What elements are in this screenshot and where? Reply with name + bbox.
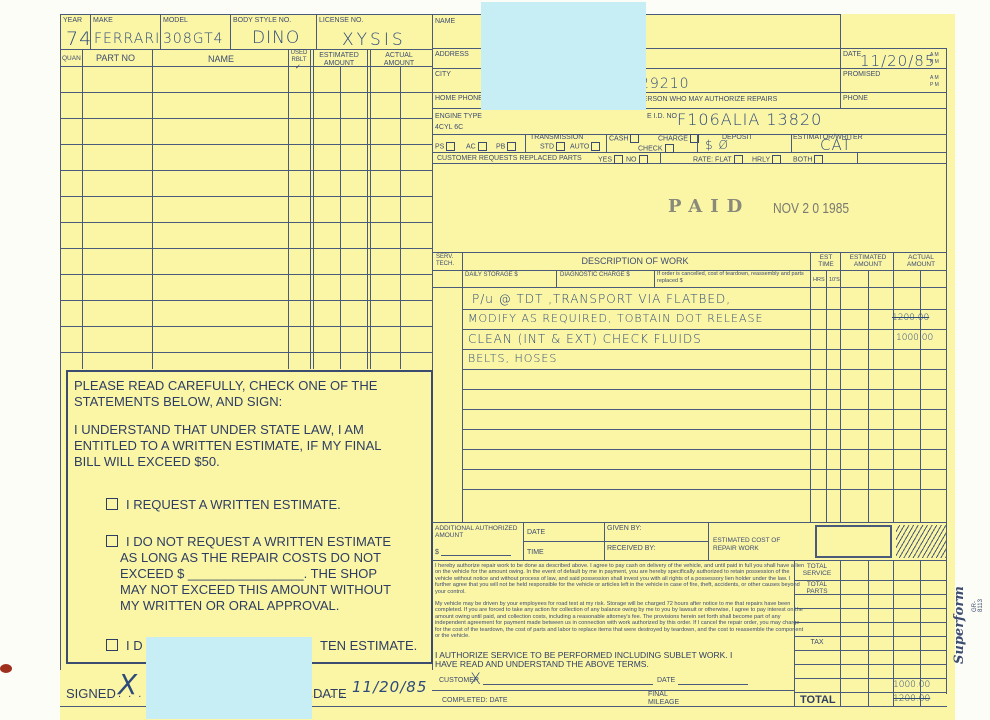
checkbox-replaced-no[interactable] — [639, 155, 648, 164]
rule — [794, 560, 795, 706]
rule — [462, 252, 463, 522]
repair-order-form: YEAR 74 MAKE FERRARI MODEL 308GT4 BODY S… — [60, 14, 955, 720]
date-value: 11/20/85 — [860, 52, 935, 70]
rule — [946, 48, 947, 694]
authorize-line-2: HAVE READ AND UNDERSTAND THE ABOVE TERMS… — [435, 660, 649, 669]
rule — [288, 49, 289, 369]
rate-hrly[interactable]: HRLY — [752, 155, 783, 164]
work-row-rule — [462, 469, 947, 470]
customer-sign-mark[interactable]: X — [470, 669, 482, 688]
additional-date-label: DATE — [527, 529, 545, 537]
grand-total-label: TOTAL — [800, 694, 836, 706]
transmission-label: TRANSMISSION — [530, 134, 583, 142]
city-label: CITY — [435, 71, 451, 79]
notice-law-2: ENTITLED TO A WRITTEN ESTIMATE, IF MY FI… — [74, 438, 381, 454]
signed-label: SIGNED — [66, 686, 116, 701]
rule — [400, 66, 401, 369]
option-no-estimate[interactable]: I DO NOT REQUEST A WRITTEN ESTIMATE — [106, 534, 391, 550]
city-zip-value: 29210 — [640, 76, 690, 92]
license-label: LICENSE NO. — [319, 17, 363, 25]
address-label: ADDRESS — [435, 51, 469, 59]
work-amount-struck: 1200.00 — [892, 313, 929, 323]
est-time-label: EST TIME — [812, 254, 840, 268]
totals-rule — [794, 650, 947, 651]
model-value: 308GT4 — [163, 31, 224, 47]
final-mileage-label: FINAL MILEAGE — [648, 691, 688, 707]
serv-tech-label: SERV. TECH. — [436, 254, 460, 268]
rule — [826, 270, 827, 522]
rule — [791, 134, 792, 152]
rule — [523, 541, 708, 542]
received-by-label: RECEIVED BY: — [607, 545, 656, 553]
used-checkmark: ✓ — [295, 63, 301, 71]
parts-col-name: NAME — [208, 55, 234, 63]
parts-row-rule — [60, 352, 432, 353]
option-cash[interactable]: CASH — [609, 134, 641, 143]
customer-date-line — [678, 684, 748, 685]
date-pm: P M — [930, 59, 939, 65]
tenths-label: 10's — [829, 276, 840, 284]
rule — [868, 270, 869, 522]
redaction-signature — [146, 637, 312, 719]
option-charge[interactable]: CHARGE — [658, 134, 701, 143]
cylinder-label: 4CYL 6C — [435, 124, 463, 132]
checkbox-rate-flat[interactable] — [734, 155, 743, 164]
rule — [367, 49, 368, 369]
completed-date-label: COMPLETED: DATE — [442, 697, 508, 705]
hatched-area — [896, 525, 946, 558]
option-third-start: I D — [126, 638, 143, 653]
work-row-rule — [462, 329, 947, 330]
rule — [868, 560, 869, 706]
rule — [840, 252, 841, 522]
license-value: XYSIS — [342, 30, 406, 50]
rule — [708, 522, 709, 560]
checkbox-std[interactable] — [556, 142, 565, 151]
rule — [432, 560, 947, 561]
parts-row-rule — [60, 92, 432, 93]
option-ac[interactable]: AC — [466, 142, 489, 151]
rule — [152, 49, 153, 369]
rule — [920, 270, 921, 522]
parts-col-partno: PART NO — [96, 54, 135, 62]
option-no-estimate-line5: MY WRITTEN OR ORAL APPROVAL. — [120, 598, 339, 614]
authorize-person-label: PERSON WHO MAY AUTHORIZE REPAIRS — [638, 96, 777, 104]
terms-paragraph-2: My vehicle may be driven by your employe… — [435, 601, 807, 639]
body-style-label: BODY STYLE NO. — [233, 17, 291, 25]
estimated-cost-label: ESTIMATED COST OF REPAIR WORK — [713, 537, 803, 553]
option-std[interactable]: STD — [540, 142, 567, 151]
engine-type-label: ENGINE TYPE — [435, 113, 482, 121]
rule — [432, 163, 947, 164]
rule — [60, 14, 432, 15]
rule — [432, 287, 947, 288]
written-estimate-notice: PLEASE READ CAREFULLY, CHECK ONE OF THE … — [66, 370, 433, 664]
replaced-no[interactable]: NO — [626, 155, 650, 164]
totals-rule — [794, 678, 947, 679]
parts-row-rule — [60, 196, 432, 197]
rule — [310, 49, 311, 369]
work-row-rule — [462, 309, 947, 310]
rule — [432, 152, 947, 153]
rule — [840, 48, 841, 108]
paid-stamp-date: NOV 2 0 1985 — [773, 200, 849, 217]
rule — [432, 690, 794, 691]
parts-col-estimated: ESTIMATED AMOUNT — [314, 52, 364, 68]
work-actual-amount: 1000.00 — [896, 333, 933, 343]
option-auto[interactable]: AUTO — [570, 142, 602, 151]
totals-rule — [794, 664, 947, 665]
option-no-estimate-line2: AS LONG AS THE REPAIR COSTS DO NOT — [120, 550, 381, 566]
additional-dollar: $ — [435, 549, 439, 557]
year-label: YEAR — [63, 17, 82, 25]
work-estimated-amount-label: ESTIMATED AMOUNT — [843, 254, 893, 268]
checkbox-cash[interactable] — [630, 134, 639, 143]
rule — [840, 560, 841, 706]
year-value: 74 — [66, 28, 92, 50]
diagnostic-charge-label: DIAGNOSTIC CHARGE $ — [560, 272, 640, 279]
parts-row-rule — [60, 170, 432, 171]
parts-row-rule — [60, 326, 432, 327]
parts-col-used: USED RBLT — [288, 50, 310, 64]
totals-rule — [794, 608, 947, 609]
work-row-rule — [462, 389, 947, 390]
vin-value: F106ALIA 13820 — [677, 110, 822, 129]
rule — [606, 134, 607, 152]
date-am: A M — [930, 52, 939, 58]
parts-row-rule — [60, 144, 432, 145]
replaced-parts-label: CUSTOMER REQUESTS REPLACED PARTS — [437, 155, 582, 163]
work-line-2: MODIFY AS REQUIRED, TOBTAIN DOT RELEASE — [468, 312, 763, 325]
parts-row-rule — [60, 222, 432, 223]
rule — [230, 14, 231, 49]
notice-date-label: DATE — [313, 686, 347, 701]
name-label: NAME — [435, 18, 455, 26]
notice-date-value: 11/20/85 — [352, 678, 427, 696]
notice-heading-2: STATEMENTS BELOW, AND SIGN: — [74, 394, 282, 410]
rate-flat[interactable]: RATE: FLAT — [693, 155, 745, 164]
parts-row-rule — [60, 300, 432, 301]
checkbox-check[interactable] — [665, 144, 674, 153]
rule — [660, 152, 661, 163]
home-phone-label: HOME PHONE — [435, 95, 483, 103]
rule — [432, 252, 947, 253]
work-line-3: CLEAN (INT & EXT) CHECK FLUIDS — [468, 332, 702, 346]
customer-sign-date-label: DATE — [657, 677, 675, 685]
checkbox-request-estimate[interactable] — [106, 498, 118, 510]
model-label: MODEL — [163, 17, 188, 25]
phone-label: PHONE — [843, 95, 868, 103]
form-code: GR-8113 — [972, 599, 984, 612]
work-row-rule — [462, 429, 947, 430]
checkbox-rate-hrly[interactable] — [772, 155, 781, 164]
make-value: FERRARI — [94, 31, 160, 47]
option-no-estimate-line4: MAY NOT EXCEED THIS AMOUNT WITHOUT — [120, 582, 391, 598]
promised-pm: P M — [930, 82, 939, 88]
hrs-label: HRS — [813, 276, 825, 284]
work-row-rule — [462, 369, 947, 370]
option-no-estimate-line1: I DO NOT REQUEST A WRITTEN ESTIMATE — [126, 534, 391, 549]
rate-both[interactable]: BOTH — [793, 155, 825, 164]
rule — [857, 152, 858, 163]
work-row-rule — [462, 449, 947, 450]
promised-label: PROMISED — [843, 71, 880, 79]
rule — [556, 270, 557, 287]
checkbox-auto[interactable] — [591, 142, 600, 151]
estimated-cost-box[interactable] — [815, 525, 892, 558]
option-request-label: I REQUEST A WRITTEN ESTIMATE. — [126, 497, 341, 512]
rule — [316, 14, 317, 49]
work-line-1: P/u @ TDT ,TRANSPORT VIA FLATBED, — [472, 292, 731, 306]
parts-row-rule — [60, 248, 432, 249]
promised-am: A M — [930, 75, 939, 81]
redaction-customer-info — [481, 2, 646, 110]
notice-law-3: BILL WILL EXCEED $50. — [74, 454, 220, 470]
customer-signature[interactable]: X — [118, 668, 138, 701]
checkbox-no-estimate[interactable] — [106, 535, 118, 547]
parts-col-quan: QUAN — [62, 55, 81, 63]
totals-rule — [794, 636, 947, 637]
rule — [432, 706, 947, 707]
additional-time-label: TIME — [527, 549, 544, 557]
tax-label: TAX — [796, 639, 838, 647]
total-parts-label: TOTAL PARTS — [796, 581, 838, 595]
rule — [313, 49, 314, 369]
option-third[interactable]: I D — [106, 638, 143, 654]
work-row-rule — [462, 489, 947, 490]
checkbox-rate-both[interactable] — [814, 155, 823, 164]
notice-heading-1: PLEASE READ CAREFULLY, CHECK ONE OF THE — [74, 378, 377, 394]
grand-total-struck: 1200.00 — [893, 694, 930, 704]
estimator-value: CAT — [820, 136, 852, 154]
date-label: DATE — [843, 51, 861, 59]
option-pb[interactable]: PB — [496, 142, 518, 151]
ink-blot — [0, 664, 12, 673]
option-no-estimate-line3: EXCEED $ ________________. THE SHOP — [120, 566, 377, 582]
option-ps[interactable]: PS — [435, 142, 457, 151]
option-third-end: TEN ESTIMATE. — [320, 638, 417, 654]
work-row-rule — [462, 409, 947, 410]
rule — [370, 49, 371, 369]
rule — [525, 134, 526, 152]
replaced-yes[interactable]: YES — [598, 155, 625, 164]
parts-row-rule — [60, 118, 432, 119]
total-service-label: TOTAL SERVICE — [796, 563, 838, 577]
customer-sign-line — [483, 684, 653, 685]
option-check[interactable]: CHECK — [638, 144, 676, 153]
work-row-rule — [462, 349, 947, 350]
subtotal-value: 1000.00 — [893, 680, 930, 690]
make-label: MAKE — [93, 17, 113, 25]
totals-rule — [794, 692, 947, 693]
terms-paragraph-1: I hereby authorize repair work to be don… — [435, 563, 807, 595]
cancel-cost-label: If order is cancelled, cost of teardown,… — [657, 271, 807, 285]
totals-rule — [794, 622, 947, 623]
rule — [82, 49, 83, 369]
additional-amount-label: ADDITIONAL AUTHORIZED AMOUNT — [435, 525, 520, 539]
notice-law-1: I UNDERSTAND THAT UNDER STATE LAW, I AM — [74, 422, 364, 438]
given-by-label: GIVEN BY: — [607, 525, 642, 533]
parts-col-actual: ACTUAL AMOUNT — [370, 52, 428, 68]
rule — [810, 252, 811, 522]
deposit-value: $ Ø — [705, 138, 729, 152]
brand-logo: Superform — [952, 586, 967, 664]
checkbox-ac[interactable] — [478, 142, 487, 151]
parts-row-rule — [60, 274, 432, 275]
description-of-work-label: DESCRIPTION OF WORK — [465, 257, 805, 265]
rule — [697, 134, 698, 152]
checkbox-third-option[interactable] — [106, 639, 118, 651]
paid-stamp: PAID — [668, 196, 750, 217]
checkbox-ps[interactable] — [446, 142, 455, 151]
vin-label: E I.D. NO — [647, 113, 677, 121]
rule — [340, 66, 341, 369]
option-request-estimate[interactable]: I REQUEST A WRITTEN ESTIMATE. — [106, 497, 341, 513]
body-style-value: DINO — [252, 28, 300, 48]
work-line-4: BELTS, HOSES — [468, 352, 557, 365]
rule — [432, 522, 947, 523]
additional-amount-line — [441, 555, 511, 556]
checkbox-replaced-yes[interactable] — [614, 155, 623, 164]
rule — [893, 252, 894, 522]
rule — [654, 270, 655, 287]
daily-storage-label: DAILY STORAGE $ — [465, 272, 545, 279]
rule — [60, 14, 61, 670]
checkbox-pb[interactable] — [507, 142, 516, 151]
work-actual-amount-label: ACTUAL AMOUNT — [896, 254, 946, 268]
